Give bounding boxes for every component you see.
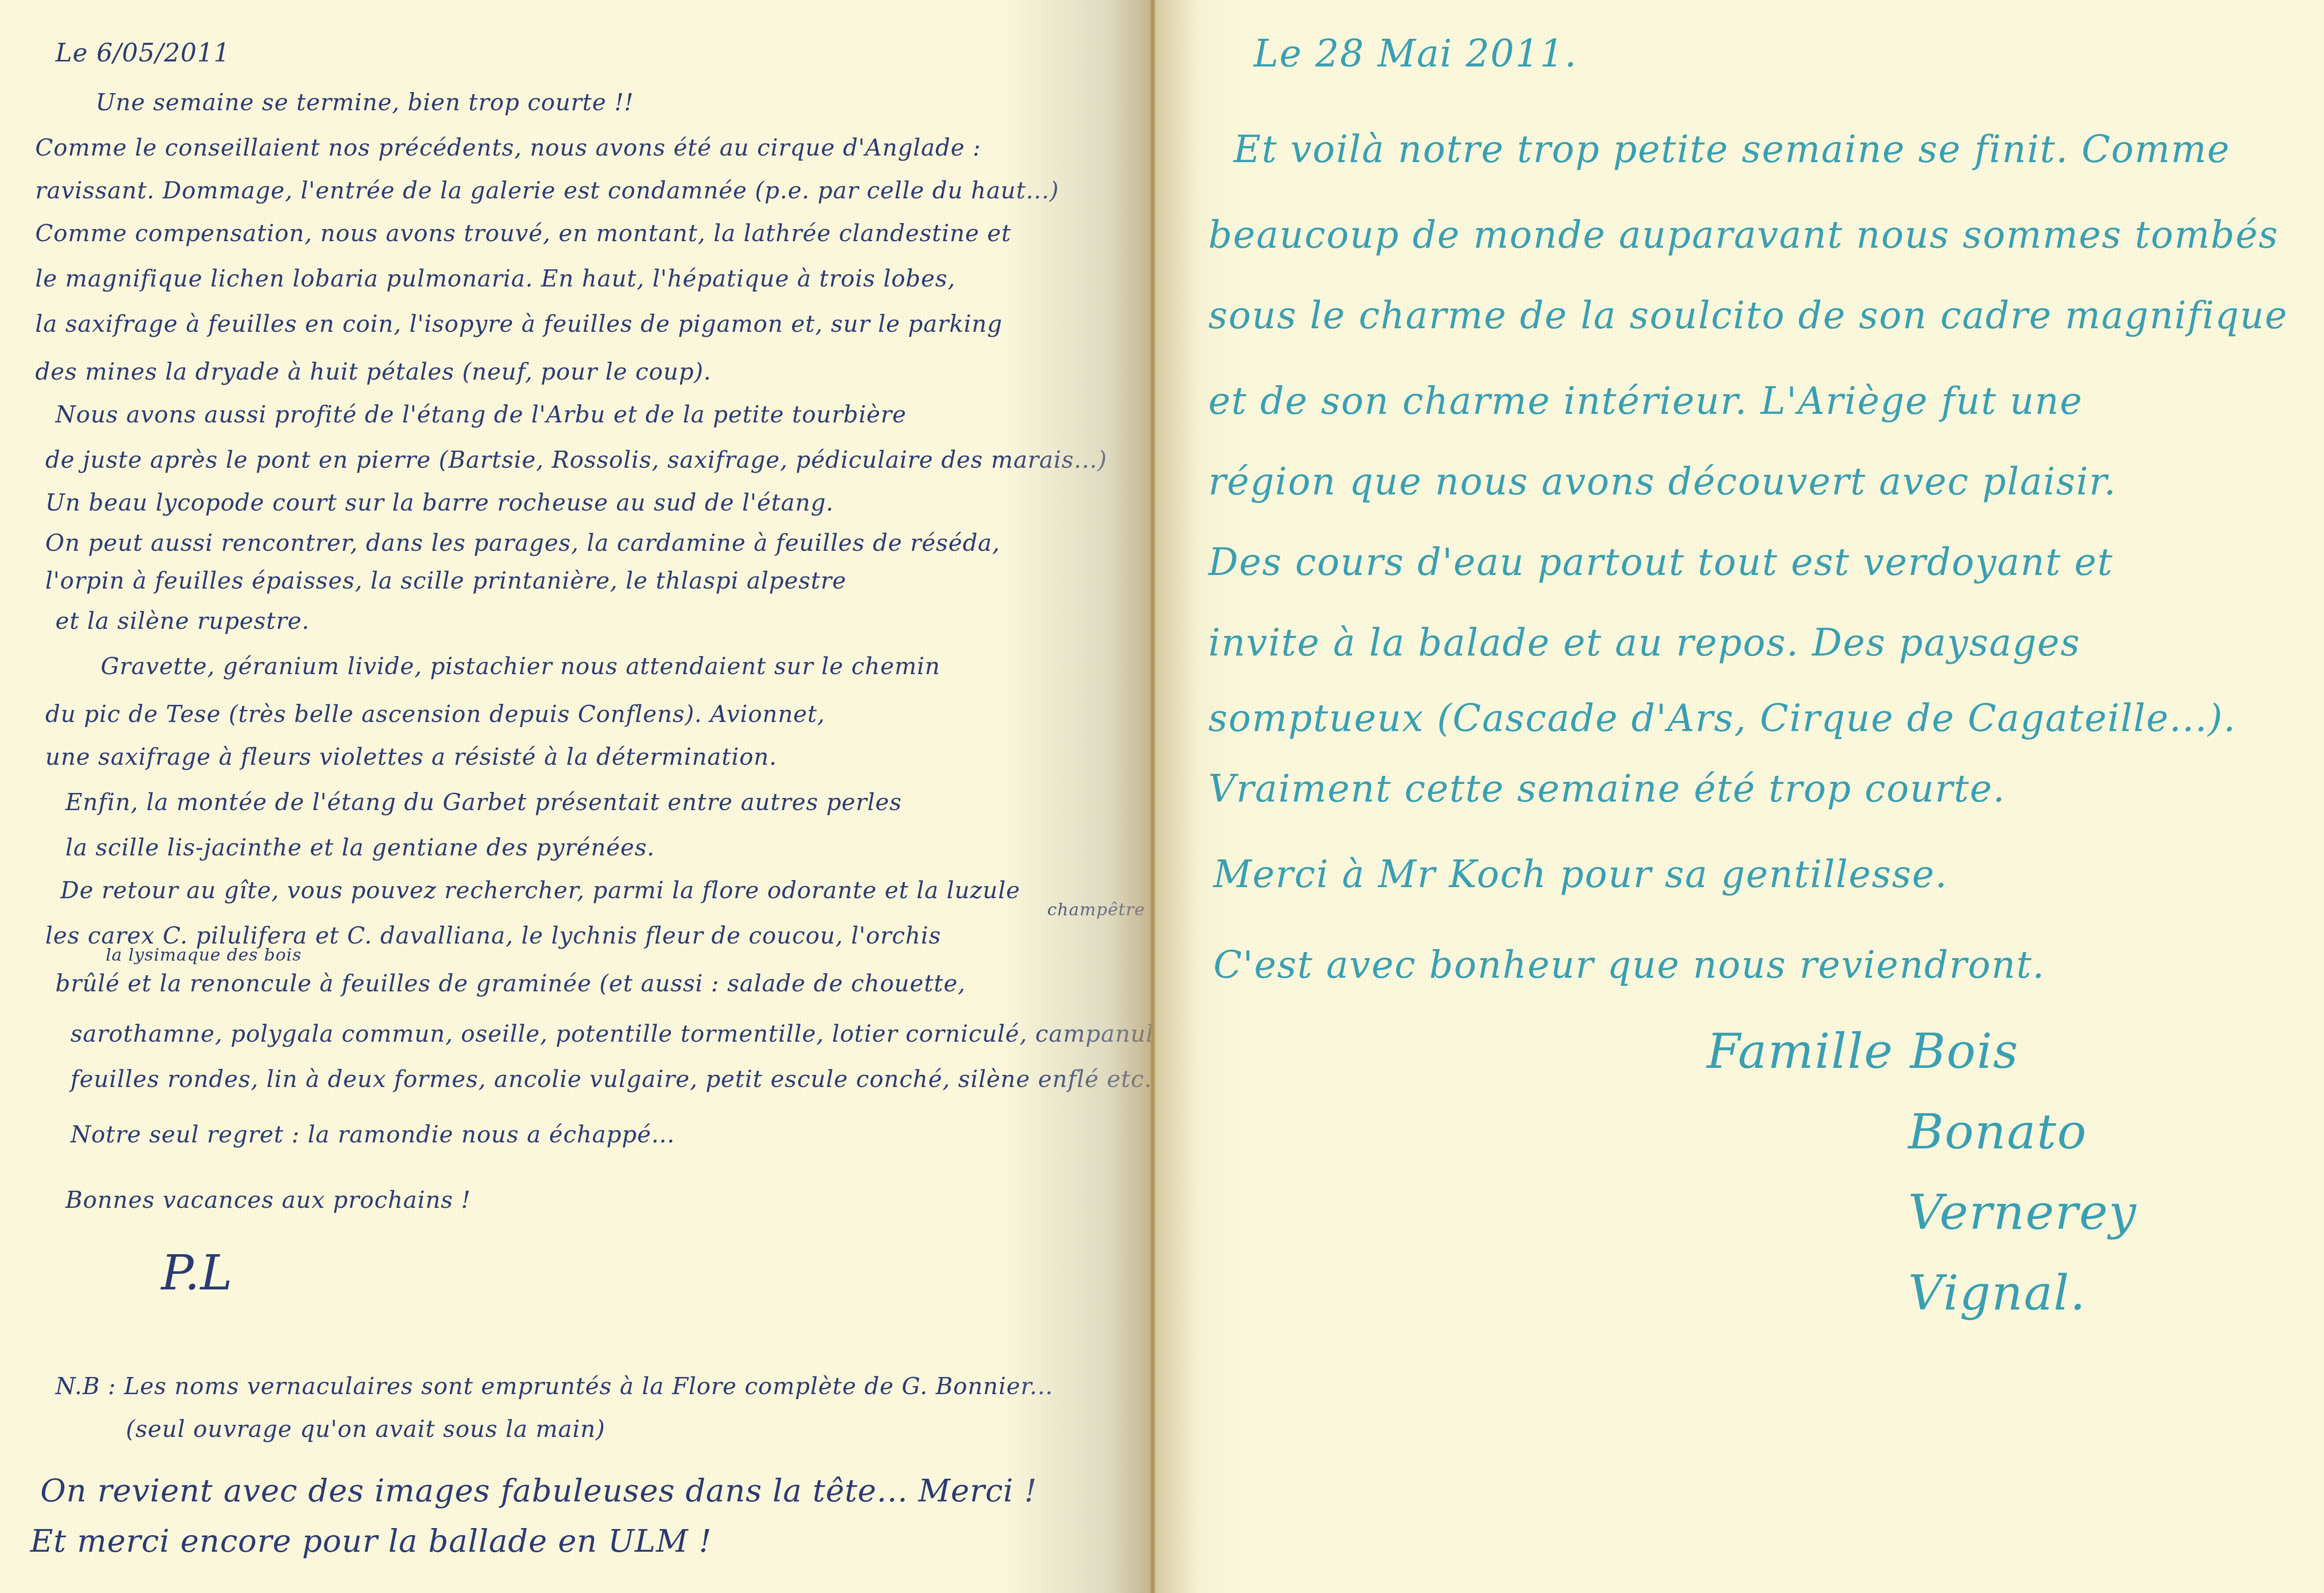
left-line: une saxifrage à fleurs violettes a résis… bbox=[45, 745, 777, 768]
right-line: région que nous avons découvert avec pla… bbox=[1208, 463, 2117, 500]
left-line: Une semaine se termine, bien trop courte… bbox=[96, 91, 634, 114]
left-line: Gravette, géranium livide, pistachier no… bbox=[101, 655, 940, 678]
left-signature: P.L bbox=[161, 1249, 233, 1297]
nb-line: N.B : Les noms vernaculaires sont emprun… bbox=[55, 1374, 1053, 1398]
right-line: Merci à Mr Koch pour sa gentillesse. bbox=[1213, 856, 1948, 893]
annotation-lysimaque: la lysimaque des bois bbox=[106, 947, 302, 964]
left-line: Enfin, la montée de l'étang du Garbet pr… bbox=[65, 790, 902, 814]
nb-line: (seul ouvrage qu'on avait sous la main) bbox=[126, 1417, 605, 1440]
left-line: du pic de Tese (très belle ascension dep… bbox=[45, 702, 825, 726]
left-line: sarothamne, polygala commun, oseille, po… bbox=[70, 1022, 1190, 1045]
signature-bonato: Bonato bbox=[1908, 1108, 2087, 1156]
signature-vignal: Vignal. bbox=[1908, 1269, 2086, 1317]
left-line: De retour au gîte, vous pouvez recherche… bbox=[60, 879, 1020, 902]
left-line: ravissant. Dommage, l'entrée de la galer… bbox=[35, 179, 1059, 202]
left-line: la scille lis-jacinthe et la gentiane de… bbox=[65, 836, 655, 859]
right-line: invite à la balade et au repos. Des pays… bbox=[1208, 624, 2080, 662]
left-line: feuilles rondes, lin à deux formes, anco… bbox=[70, 1067, 1178, 1091]
left-line: l'orpin à feuilles épaisses, la scille p… bbox=[45, 569, 846, 592]
right-page: Le 28 Mai 2011. Et voilà notre trop peti… bbox=[1153, 0, 2324, 1593]
right-line: Vraiment cette semaine été trop courte. bbox=[1208, 770, 2006, 808]
right-line: C'est avec bonheur que nous reviendront. bbox=[1213, 947, 2045, 984]
left-line: On peut aussi rencontrer, dans les parag… bbox=[45, 531, 1000, 554]
left-line: Un beau lycopode court sur la barre roch… bbox=[45, 491, 834, 514]
signature-famille-bois: Famille Bois bbox=[1707, 1027, 2019, 1075]
left-line: la saxifrage à feuilles en coin, l'isopy… bbox=[35, 312, 1002, 335]
left-line: Comme le conseillaient nos précédents, n… bbox=[35, 136, 981, 159]
left-line: brûlé et la renoncule à feuilles de gram… bbox=[55, 972, 966, 995]
left-line: Comme compensation, nous avons trouvé, e… bbox=[35, 222, 1011, 245]
left-line: et la silène rupestre. bbox=[55, 609, 310, 632]
left-line: des mines la dryade à huit pétales (neuf… bbox=[35, 360, 711, 383]
right-line: beaucoup de monde auparavant nous sommes… bbox=[1208, 216, 2279, 254]
left-page: Le 6/05/2011 Une semaine se termine, bie… bbox=[0, 0, 1153, 1593]
left-line: Notre seul regret : la ramondie nous a é… bbox=[70, 1123, 675, 1146]
left-date: Le 6/05/2011 bbox=[55, 40, 230, 65]
book-gutter bbox=[1150, 0, 1155, 1593]
right-line: sous le charme de la soulcito de son cad… bbox=[1208, 297, 2288, 334]
right-line: somptueux (Cascade d'Ars, Cirque de Caga… bbox=[1208, 700, 2236, 737]
guestbook-spread: Le 6/05/2011 Une semaine se termine, bie… bbox=[0, 0, 2324, 1593]
left-line: les carex C. pilulifera et C. davalliana… bbox=[45, 924, 941, 947]
signature-vernerey: Vernerey bbox=[1908, 1188, 2137, 1237]
annotation-champetre: champêtre bbox=[1047, 901, 1145, 918]
left-line: le magnifique lichen lobaria pulmonaria.… bbox=[35, 267, 956, 290]
closing-line: Et merci encore pour la ballade en ULM ! bbox=[30, 1526, 712, 1557]
closing-line: On revient avec des images fabuleuses da… bbox=[40, 1475, 1037, 1506]
left-line: Nous avons aussi profité de l'étang de l… bbox=[55, 403, 907, 426]
right-line: Des cours d'eau partout tout est verdoya… bbox=[1208, 544, 2114, 581]
left-line: Bonnes vacances aux prochains ! bbox=[65, 1188, 471, 1211]
right-date: Le 28 Mai 2011. bbox=[1254, 35, 1577, 73]
left-line: de juste après le pont en pierre (Bartsi… bbox=[45, 448, 1107, 471]
right-line: et de son charme intérieur. L'Ariège fut… bbox=[1208, 383, 2083, 420]
right-line: Et voilà notre trop petite semaine se fi… bbox=[1233, 131, 2230, 168]
